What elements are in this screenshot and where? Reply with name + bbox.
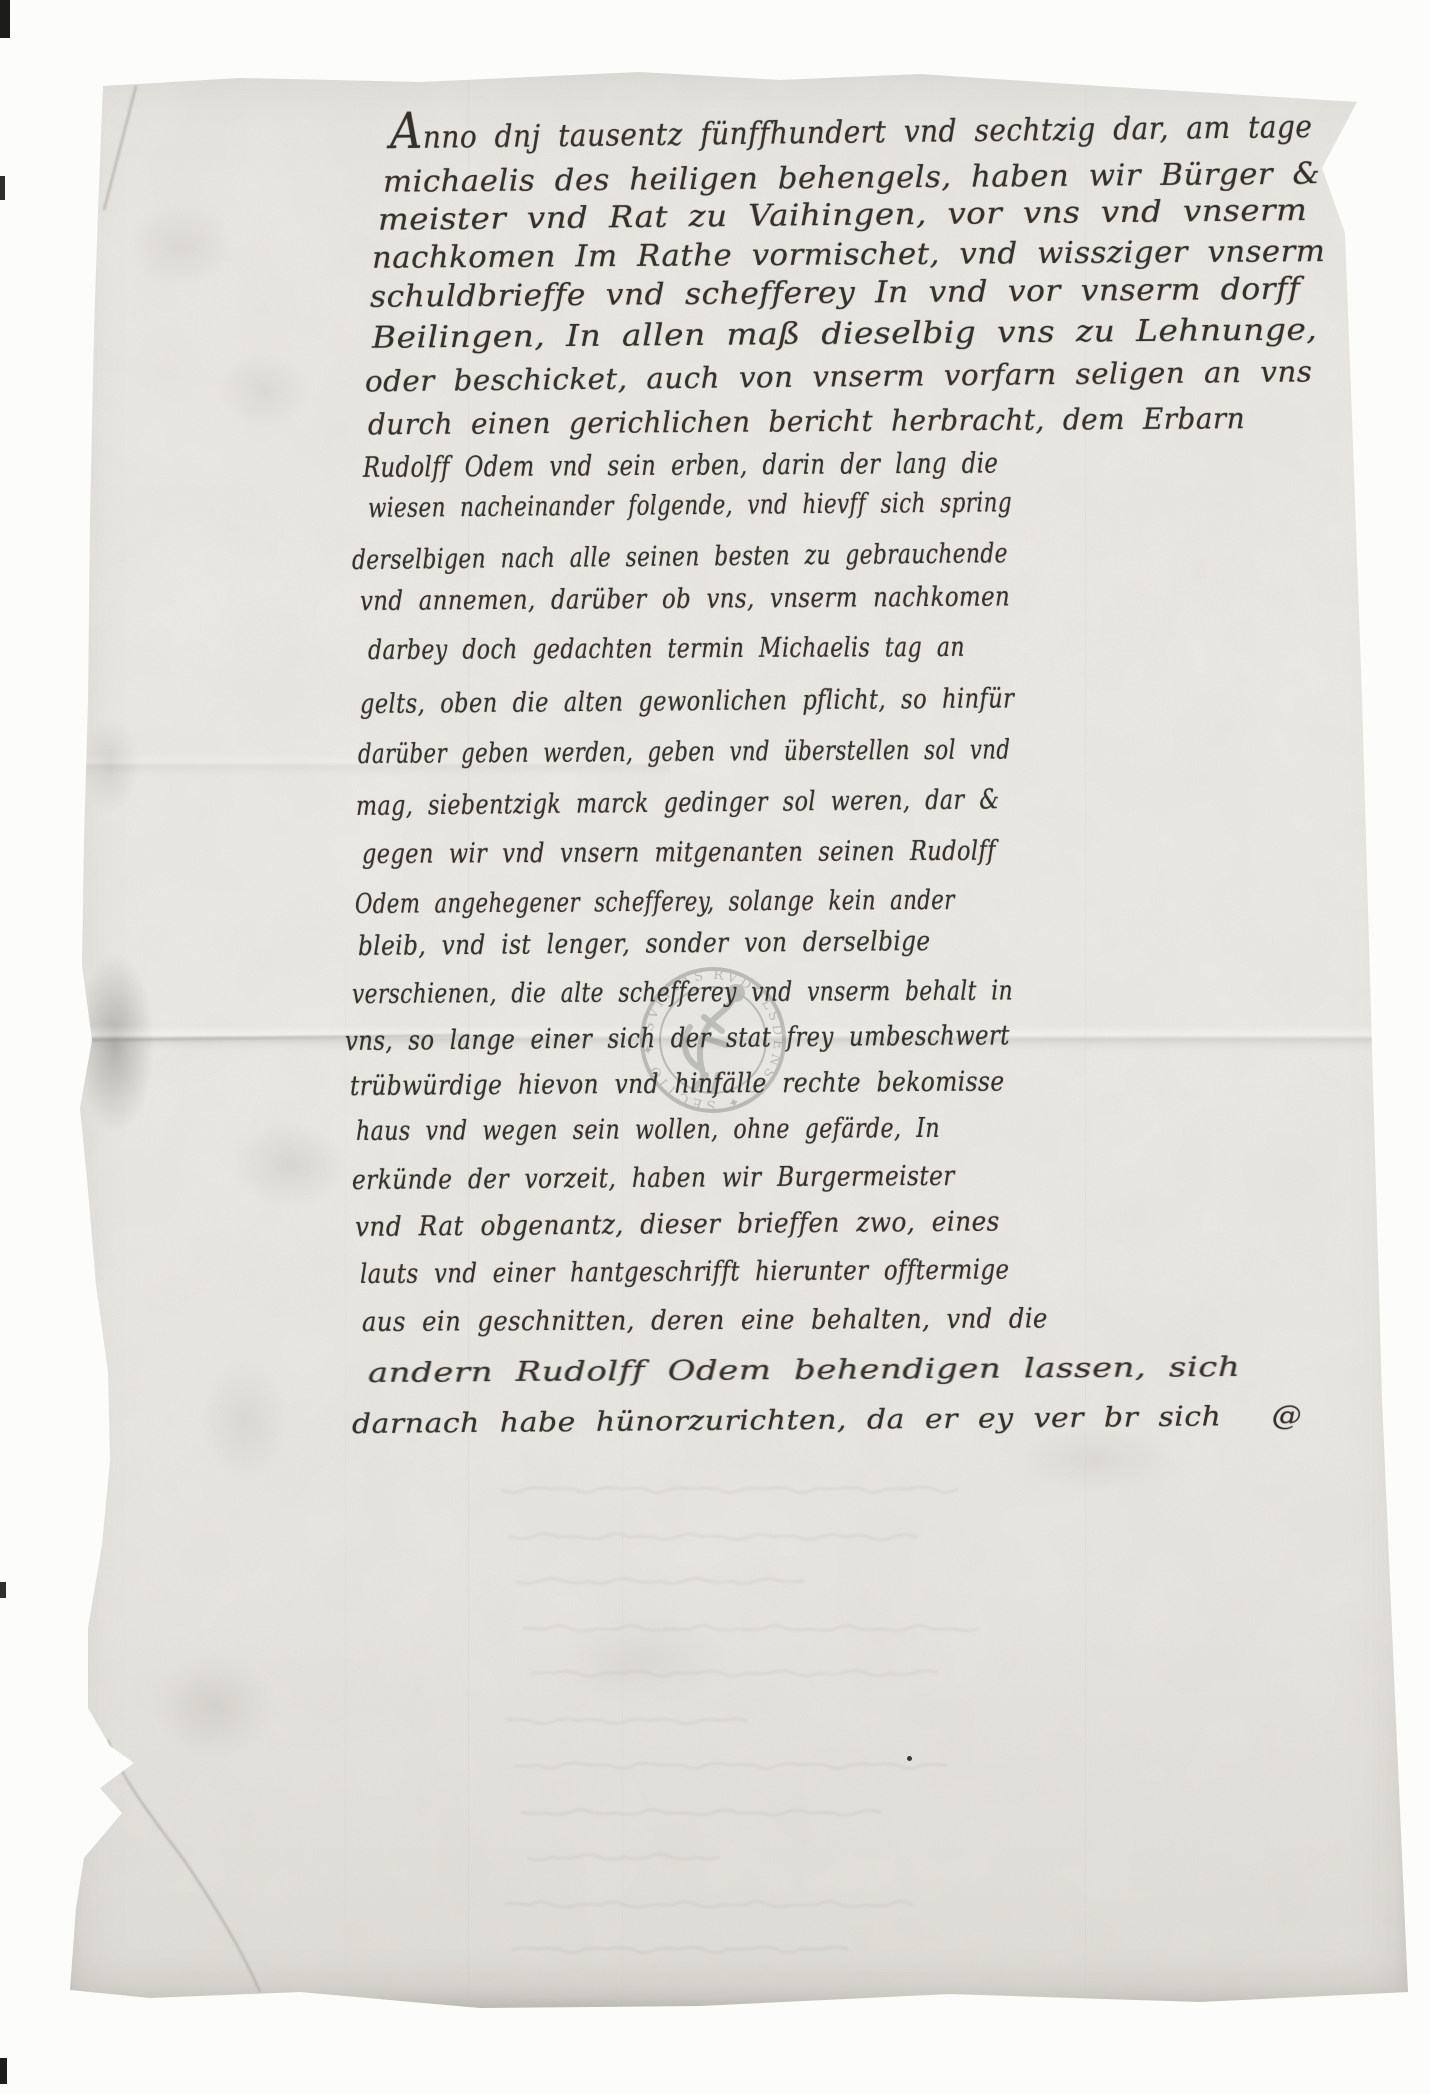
manuscript-line: haus vnd wegen sein wollen, ohne gefärde… [356,1113,940,1147]
manuscript-line: Beilingen, In allen maß dieselbig vns zu… [372,313,1318,356]
manuscript-line: bleib, vnd ist lenger, sonder von dersel… [358,926,931,962]
manuscript-line: vnd Rat obgenantz, dieser brieffen zwo, … [355,1206,1000,1243]
manuscript-line: trübwürdige hievon vnd hinfälle rechte b… [350,1066,1005,1102]
scanned-document: RVDOLSDENSIS ✦ SECTIO ✦ SVITIAS · Anno d… [0,0,1430,2094]
manuscript-line: aus ein geschnitten, deren eine behalten… [362,1303,1048,1338]
manuscript-line: Anno dnj tausentz fünffhundert vnd secht… [390,109,1313,156]
manuscript-line: michaelis des heiligen behengels, haben … [383,157,1321,200]
manuscript-line: vnd annemen, darüber ob vns, vnserm nach… [360,581,1010,617]
manuscript-line: durch einen gerichlichen bericht herbrac… [368,401,1245,441]
manuscript-line: nachkomen Im Rathe vormischet, vnd wissz… [372,234,1326,276]
manuscript-line: Rudolff Odem vnd sein erben, darin der l… [363,446,998,483]
manuscript-paper-sheet: RVDOLSDENSIS ✦ SECTIO ✦ SVITIAS · Anno d… [62,58,1414,2013]
manuscript-line: gelts, oben die alten gewonlichen pflich… [360,683,1015,720]
scanner-edge-mark [0,176,5,200]
manuscript-line: mag, siebentzigk marck gedinger sol were… [356,784,1000,822]
manuscript-line: vns, so lange einer sich der stat frey u… [345,1020,1010,1057]
scanner-edge-mark [0,0,10,38]
manuscript-line: gegen wir vnd vnsern mitgenanten seinen … [362,836,996,870]
manuscript-line: meister vnd Rat zu Vaihingen, vor vns vn… [378,193,1308,238]
manuscript-line: verschienen, die alte schefferey vnd vns… [352,975,1013,1009]
manuscript-line: wiesen nacheinander folgende, vnd hievff… [368,487,1012,524]
manuscript-line: derselbigen nach alle seinen besten zu g… [352,538,1008,576]
manuscript-line: darnach habe hünorzurichten, da er ey ve… [352,1401,1302,1440]
scanner-edge-mark [0,1582,6,1598]
manuscript-line: darüber geben werden, geben vnd überstel… [358,734,1011,770]
manuscript-line: lauts vnd einer hantgeschrifft hierunter… [360,1254,1010,1290]
manuscript-line: oder beschicket, auch von vnserm vorfarn… [365,354,1313,398]
scanner-edge-mark [0,2058,7,2084]
manuscript-line: andern Rudolff Odem behendigen lassen, s… [368,1352,1241,1389]
manuscript-line: schuldbrieffe vnd schefferey In vnd vor … [370,272,1301,315]
manuscript-text-block: Anno dnj tausentz fünffhundert vnd secht… [62,58,1414,2013]
manuscript-line: darbey doch gedachten termin Michaelis t… [368,632,965,666]
manuscript-line: erkünde der vorzeit, haben wir Burgermei… [352,1161,955,1196]
manuscript-line: Odem angehegener schefferey, solange kei… [355,885,955,920]
